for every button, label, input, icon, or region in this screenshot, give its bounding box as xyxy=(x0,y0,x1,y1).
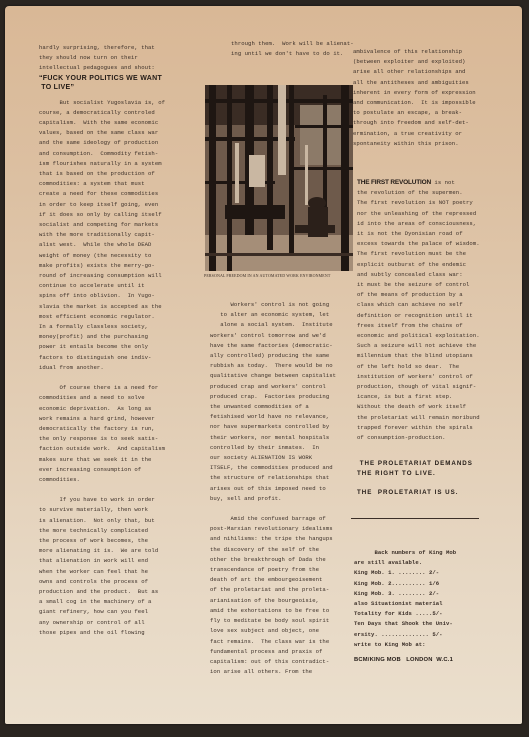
proletariat-is-us: THE PROLETARIAT IS US. xyxy=(357,488,502,498)
text-line: any ownership or control of all xyxy=(39,618,179,628)
text-line: through them. Work will be alienat- xyxy=(231,39,371,49)
text-line: ally controlled) producing the same xyxy=(210,351,360,361)
text-line: ever increasing consumption of xyxy=(39,465,179,475)
text-line: Such a seizure will not achieve the xyxy=(357,341,502,351)
text-line: rubbish as today. There would be no xyxy=(210,361,360,371)
text-line: of the left hold so dear. The xyxy=(357,362,502,372)
text-line: that is based on the production of xyxy=(39,169,179,179)
text-line: is alienation. Not only that, but xyxy=(39,516,179,526)
text-line: qualitative change between capitalist xyxy=(210,371,360,381)
text-line: But socialist Yugoslavia is, of xyxy=(39,98,179,108)
column-middle-top: through them. Work will be alienat-ing u… xyxy=(231,39,371,59)
text-line: the process of work becomes, the xyxy=(39,536,179,546)
paragraph-alienation: If you have to work in orderto survive m… xyxy=(39,495,179,638)
text-line: Of course there is a need for xyxy=(39,383,179,393)
text-line: slavia the market is accepted as the xyxy=(39,302,179,312)
text-line: money(profit) and the purchasing xyxy=(39,332,179,342)
text-line: in order to keep itself going, even xyxy=(39,200,179,210)
intro-text: hardly surprising, therefore, thatthey s… xyxy=(39,43,179,74)
text-line: with the more traditionally capit- xyxy=(39,230,179,240)
text-line: inherent in every form of expression xyxy=(353,88,498,98)
text-line: In a formally classless society, xyxy=(39,322,179,332)
text-line: production and the product. But as xyxy=(39,587,179,597)
text-line: the revolution of the supermen. xyxy=(357,188,502,198)
text-line: faction outside work. And capitalism xyxy=(39,444,179,454)
text-line: the more technically complicated xyxy=(39,526,179,536)
refinery-photo-image xyxy=(205,85,353,271)
text-line: “FUCK YOUR POLITICS WE WANT xyxy=(39,74,179,83)
text-line: spins off into oblivion. In Yugo- xyxy=(39,291,179,301)
text-line: produced crap. Factories producing xyxy=(210,392,360,402)
divider-line xyxy=(351,518,479,519)
text-line: King Mob. 1. ........ 2/- xyxy=(354,568,456,578)
text-line: continue to accelerate until it xyxy=(39,281,179,291)
text-line: King Mob. 3. ........ 2/- xyxy=(354,589,456,599)
text-line: Totality for Kids .....5/- xyxy=(354,609,456,619)
text-line: definition or recognition until it xyxy=(357,311,502,321)
proletariat-demands: THE PROLETARIAT DEMANDSTHE RIGHT TO LIVE… xyxy=(357,459,502,478)
text-line: Back numbers of King Mob xyxy=(354,548,456,558)
text-line: it is not the Dyonisian road of xyxy=(357,229,502,239)
magazine-page: hardly surprising, therefore, thatthey s… xyxy=(5,6,522,724)
back-numbers-notice: Back numbers of King Mobare still availa… xyxy=(354,548,456,650)
text-line: that alienation in work will end xyxy=(39,556,179,566)
paragraph-commodities: Of course there is a need forcommodities… xyxy=(39,383,179,485)
first-revolution-tail: is not xyxy=(431,179,455,186)
text-line: the unwanted commodities of a xyxy=(210,402,360,412)
text-line: arianisation of the bourgeoisie, xyxy=(210,596,360,606)
text-line: commodities: a system that must xyxy=(39,179,179,189)
text-line: the structure of relationships that xyxy=(210,473,360,483)
text-line: arises out of this imposed need to xyxy=(210,484,360,494)
text-line: The first revolution must be the xyxy=(357,249,502,259)
text-line: ambivalence of this relationship xyxy=(353,47,498,57)
text-line: are still available. xyxy=(354,558,456,568)
text-line: to survive materially, then work xyxy=(39,505,179,515)
text-line: post-Marxian revolutionary idealisms xyxy=(210,524,360,534)
text-line: (between exploiter and exploited) xyxy=(353,57,498,67)
text-line: the only response is to seek satis- xyxy=(39,434,179,444)
text-line: factors to distinguish one indiv- xyxy=(39,353,179,363)
text-line: buy, sell and profit. xyxy=(210,494,360,504)
paragraph-first-revolution: the revolution of the supermen.The first… xyxy=(357,188,502,443)
text-line: institution of workers' control of xyxy=(357,372,502,382)
text-line: intellectual pedagogues and shout: xyxy=(39,63,179,73)
text-line: create a need for these commodities xyxy=(39,189,179,199)
text-line: love sex subject and object, one xyxy=(210,626,360,636)
text-line: controlled by their inmates. In xyxy=(210,443,360,453)
text-line: other the breakthrough of Dada the xyxy=(210,555,360,565)
text-line: it must be the seizure of control xyxy=(357,280,502,290)
text-line: economic deprivation. As long as xyxy=(39,404,179,414)
text-line: nor the unleashing of the repressed xyxy=(357,209,502,219)
text-line: our society ALIENATION IS WORK xyxy=(210,453,360,463)
text-line: they should now turn on their xyxy=(39,53,179,63)
text-line: spontaneity within this prison. xyxy=(353,139,498,149)
text-line: power it entails become the only xyxy=(39,342,179,352)
text-line: frees itself from the chains of xyxy=(357,321,502,331)
text-line: the discovery of the self of the xyxy=(210,545,360,555)
text-line: of the proletariat and the proleta- xyxy=(210,585,360,595)
text-line: to postulate an escape, a break- xyxy=(353,108,498,118)
column-right: THE FIRST REVOLUTION is not the revoluti… xyxy=(357,178,502,498)
text-line: commodities. xyxy=(39,475,179,485)
paragraph-ambivalence: ambivalence of this relationship(between… xyxy=(353,47,498,149)
text-line: if it does so only by calling itself xyxy=(39,210,179,220)
text-line: a small cog in the machinery of a xyxy=(39,597,179,607)
text-line: explicit outburst of the endemic xyxy=(357,260,502,270)
text-line: trapped forever within the spirals xyxy=(357,423,502,433)
text-line: fetishised world have no relevance, xyxy=(210,412,360,422)
text-line: and subtly concealed class war: xyxy=(357,270,502,280)
text-line: millennium that the blind utopians xyxy=(357,351,502,361)
text-line: ion arise all others. From the xyxy=(210,667,360,677)
text-line: the proletariat will remain moribund xyxy=(357,413,502,423)
text-line: democratically the factory is run, xyxy=(39,424,179,434)
text-line: nor have supermarkets controlled by xyxy=(210,422,360,432)
text-line: If you have to work in order xyxy=(39,495,179,505)
column-right-top: ambivalence of this relationship(between… xyxy=(353,47,498,149)
text-line: capitalism. With the same economic xyxy=(39,118,179,128)
slogan-headline: “FUCK YOUR POLITICS WE WANT TO LIVE” xyxy=(39,74,179,92)
text-line: their workers, nor mental hospitals xyxy=(210,433,360,443)
text-line: and the same ideology of production xyxy=(39,138,179,148)
photo-caption: PERSONAL FREEDOM IN AN AUTOMATED WORK EN… xyxy=(204,273,364,278)
text-line: and communication. It is impossible xyxy=(353,98,498,108)
text-line: commodities and a need to solve xyxy=(39,393,179,403)
text-line: round of increasing consumption will xyxy=(39,271,179,281)
text-line: of the means of production by a xyxy=(357,290,502,300)
text-line: through into freedom and self-det- xyxy=(353,118,498,128)
paragraph-class-war: Amid the confused barrage ofpost-Marxian… xyxy=(210,514,360,677)
text-line: amid the exhortations to be free to xyxy=(210,606,360,616)
text-line: make profits) exists the merry-go- xyxy=(39,261,179,271)
text-line: economic and political exploitation. xyxy=(357,331,502,341)
text-line: ism flourishes naturally in a system xyxy=(39,159,179,169)
text-line: course, a democratically controled xyxy=(39,108,179,118)
text-line: THE PROLETARIAT DEMANDS xyxy=(357,459,502,469)
text-line: fundamental process and praxis of xyxy=(210,647,360,657)
text-line: weight of money (the necessity to xyxy=(39,251,179,261)
text-line: fly to meditate be body soul spirit xyxy=(210,616,360,626)
text-line: excess towards the palace of wisdom. xyxy=(357,239,502,249)
first-revolution-heading: THE FIRST REVOLUTION xyxy=(357,179,431,186)
text-line: owns and controls the process of xyxy=(39,577,179,587)
text-line: more alienating it is. We are told xyxy=(39,546,179,556)
text-line: socialist and competing for markets xyxy=(39,220,179,230)
text-line: ITSELF, the commodities produced and xyxy=(210,463,360,473)
text-line: alone a social system. Institute xyxy=(210,320,360,330)
refinery-photo xyxy=(205,85,353,271)
text-line: The first revolution is NOT poetry xyxy=(357,198,502,208)
text-line: produced crap and workers' control xyxy=(210,382,360,392)
text-line: ersity. .............. 5/- xyxy=(354,630,456,640)
text-line: values, based on the same class war xyxy=(39,128,179,138)
text-line: giant refinery, how can you feel xyxy=(39,607,179,617)
text-line: most efficient economic regulator. xyxy=(39,312,179,322)
text-line: capitalism: out of this contradict- xyxy=(210,657,360,667)
text-line: when the worker can feel that he xyxy=(39,567,179,577)
text-line: write to King Mob at: xyxy=(354,640,456,650)
text-line: of consumption-production. xyxy=(357,433,502,443)
text-line: ermination, a true creativity or xyxy=(353,129,498,139)
text-line: King Mob. 2.......... 1/6 xyxy=(354,579,456,589)
text-line: Ten Days that Shook the Univ- xyxy=(354,619,456,629)
text-line: workers' control tomorrow and we'd xyxy=(210,331,360,341)
first-revolution-line: THE FIRST REVOLUTION is not xyxy=(357,178,502,188)
text-line: work remains a hard grind, however xyxy=(39,414,179,424)
text-line: and nihilisms: the tripe the hangups xyxy=(210,534,360,544)
text-line: hardly surprising, therefore, that xyxy=(39,43,179,53)
text-line: death of art the embourgeoisement xyxy=(210,575,360,585)
text-line: arise all other relationships and xyxy=(353,67,498,77)
text-line: production, though of vital signif- xyxy=(357,382,502,392)
text-line: Without the death of work itself xyxy=(357,402,502,412)
text-line: have the same factories (democratic- xyxy=(210,341,360,351)
paragraph-workers-control: Workers' control is not going to alter a… xyxy=(210,300,360,504)
text-line: makes sure that we seek it in the xyxy=(39,455,179,465)
text-line: icance, is but a first step. xyxy=(357,392,502,402)
column-left: hardly surprising, therefore, thatthey s… xyxy=(39,43,179,638)
column-middle: Workers' control is not going to alter a… xyxy=(210,300,360,677)
text-line: alist west. While the whole DEAD xyxy=(39,240,179,250)
continued-text: through them. Work will be alienat-ing u… xyxy=(231,39,371,59)
text-line: ing until we don't have to do it. xyxy=(231,49,371,59)
text-line: fact remains. The class war is the xyxy=(210,637,360,647)
text-line: all the antitheses and ambiguities xyxy=(353,78,498,88)
text-line: to alter an economic system, let xyxy=(210,310,360,320)
text-line: Workers' control is not going xyxy=(210,300,360,310)
text-line: also Situationist material xyxy=(354,599,456,609)
text-line: id into the areas of consciousness, xyxy=(357,219,502,229)
mailing-address: BCM/KING MOB LONDON W.C.1 xyxy=(354,657,453,663)
paragraph-yugoslavia: But socialist Yugoslavia is, ofcourse, a… xyxy=(39,98,179,373)
text-line: those pipes and the oil flowing xyxy=(39,628,179,638)
text-line: and consumption. Commodity fetish- xyxy=(39,149,179,159)
text-line: THE RIGHT TO LIVE. xyxy=(357,469,502,479)
text-line: idual from another. xyxy=(39,363,179,373)
text-line: Amid the confused barrage of xyxy=(210,514,360,524)
text-line: TO LIVE” xyxy=(39,83,179,92)
text-line: class which can achieve no self xyxy=(357,300,502,310)
text-line: transcendance of poetry from the xyxy=(210,565,360,575)
